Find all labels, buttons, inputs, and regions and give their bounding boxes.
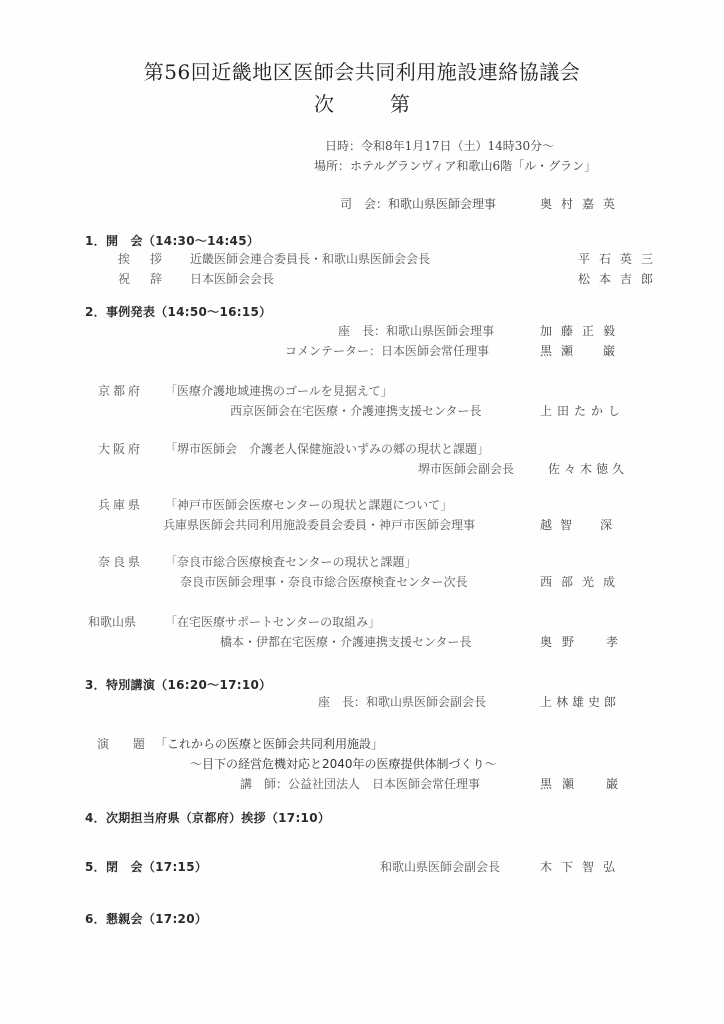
mc-role: 司 会：和歌山県医師会理事 [340,195,496,212]
pres-1-affiliation: 西京医師会在宅医療・介護連携支援センター長 [230,402,482,419]
s5-name: 木下智弘 [540,858,624,875]
pres-2-presenter: 佐々木徳久 [548,460,628,477]
s1-congrats-role: 日本医師会会長 [190,270,274,287]
pres-2-topic: 「堺市医師会 介護老人保健施設いずみの郷の現状と課題」 [165,440,489,457]
pres-2-affiliation: 堺市医師会副会長 [418,460,514,477]
s3-lecturer-role: 講 師：公益社団法人 日本医師会常任理事 [240,775,480,792]
pres-3-topic: 「神戸市医師会医療センターの現状と課題について」 [165,496,452,513]
pres-1-pref: 京都府 [98,382,143,399]
pres-5-affiliation: 橋本・伊都在宅医療・介護連携支援センター長 [220,633,472,650]
pres-5-presenter: 奥野 孝 [540,633,628,650]
pres-1-topic: 「医療介護地域連携のゴールを見据えて」 [165,382,393,399]
pres-5-pref: 和歌山県 [88,613,136,630]
event-venue: 場所：ホテルグランヴィア和歌山6階「ル・グラン」 [314,157,596,174]
s3-theme: 「これからの医療と医師会共同利用施設」 [155,735,383,752]
pres-4-pref: 奈良県 [98,553,143,570]
s1-congrats-name: 松本吉郎 [578,270,662,287]
s5-role: 和歌山県医師会副会長 [380,858,500,875]
section-2-heading: 2．事例発表（14:50～16:15） [85,303,271,320]
pres-3-pref: 兵庫県 [98,496,143,513]
section-5-heading: 5．閉 会（17:15） [85,858,207,875]
subtitle-char-1: 次 [314,88,334,117]
pres-4-presenter: 西部光成 [540,573,624,590]
pres-3-presenter: 越智 深 [540,516,620,533]
subtitle-char-2: 第 [390,88,410,117]
agenda-page: 第56回近畿地区医師会共同利用施設連絡協議会 次第 日時：令和8年1月17日（土… [0,0,724,1024]
s1-greeting-label: 挨 拶 [118,250,166,267]
s1-greeting-name: 平石英三 [578,250,662,267]
pres-5-topic: 「在宅医療サポートセンターの取組み」 [165,613,380,630]
s3-theme-label: 演 題 [97,735,151,752]
pres-4-topic: 「奈良市総合医療検査センターの現状と課題」 [165,553,417,570]
section-3-heading: 3．特別講演（16:20～17:10） [85,676,271,693]
pres-3-affiliation: 兵庫県医師会共同利用施設委員会委員・神戸市医師会理事 [163,516,475,533]
s3-lecturer-name: 黒瀬 巌 [540,775,628,792]
section-6-heading: 6．懇親会（17:20） [85,910,207,927]
s3-chair-role: 座 長：和歌山県医師会副会長 [318,693,486,710]
s1-congrats-label: 祝 辞 [118,270,166,287]
pres-2-pref: 大阪府 [98,440,143,457]
mc-name: 奥村嘉英 [540,195,624,212]
event-datetime: 日時：令和8年1月17日（土）14時30分～ [325,137,554,154]
s2-chair-role: 座 長：和歌山県医師会理事 [338,322,494,339]
s2-chair-name: 加藤正毅 [540,322,624,339]
s2-commentator-name: 黒瀬 巌 [540,342,624,359]
document-subtitle: 次第 [0,88,724,117]
s2-commentator-role: コメンテーター：日本医師会常任理事 [285,342,489,359]
document-title: 第56回近畿地区医師会共同利用施設連絡協議会 [0,56,724,85]
s1-greeting-role: 近畿医師会連合委員長・和歌山県医師会会長 [190,250,430,267]
pres-4-affiliation: 奈良市医師会理事・奈良市総合医療検査センター次長 [180,573,468,590]
s3-theme-subtitle: ～目下の経営危機対応と2040年の医療提供体制づくり～ [190,755,497,772]
section-1-heading: 1．開 会（14:30～14:45） [85,232,259,249]
s3-chair-name: 上林雄史郎 [540,693,620,710]
pres-1-presenter: 上田たかし [540,402,625,419]
section-4-heading: 4．次期担当府県（京都府）挨拶（17:10） [85,809,330,826]
